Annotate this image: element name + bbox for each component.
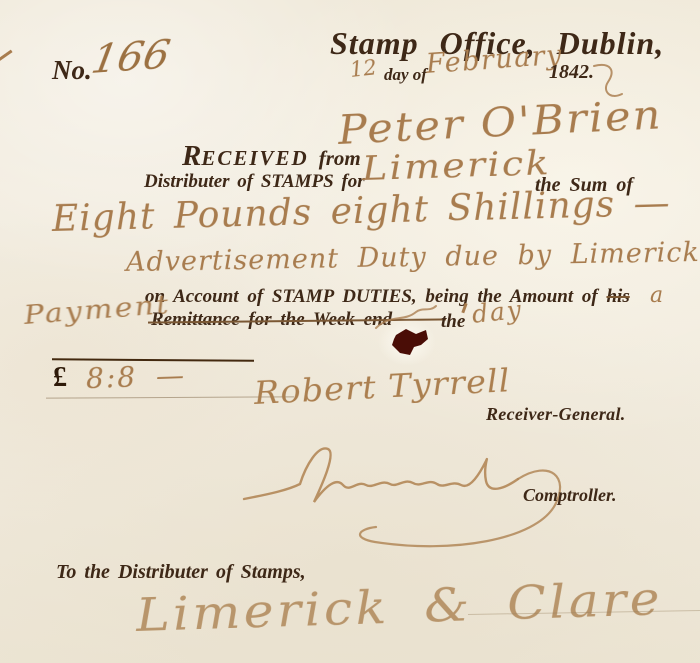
year-label: 1842. [549, 61, 594, 84]
receipt-document: Stamp Office, Dublin, 12 day of February… [0, 0, 700, 663]
distributer-label: Distributer of STAMPS for [144, 171, 365, 193]
district-handwritten: Limerick [361, 143, 551, 189]
received-rest: ECEIVED [201, 146, 308, 170]
comptroller-label: Comptroller. [523, 485, 617, 506]
no-label: No. [52, 55, 92, 86]
receiver-signature: Robert Tyrrell [253, 361, 511, 412]
ink-blot [388, 327, 430, 359]
day-note-handwritten: day [470, 295, 524, 329]
day-value-handwritten: 12 [349, 55, 378, 82]
received-initial: R [182, 140, 201, 172]
duty-note-handwritten: Advertisement Duty due by Limerick Repor… [126, 234, 700, 278]
day-of-label: day of [384, 65, 427, 85]
account-label: on Account of STAMP DUTIES, being the Am… [145, 286, 598, 307]
the-word: the [441, 311, 465, 333]
inserted-word-handwritten: a [650, 283, 663, 308]
struck-word-his: his [606, 286, 629, 307]
no-value-handwritten: 166 [88, 32, 174, 83]
edge-stroke [0, 50, 12, 61]
currency-symbol: £ [53, 362, 67, 394]
amount-figures-handwritten: 8:8 — [85, 359, 186, 395]
to-distributer-label: To the Distributer of Stamps, [56, 561, 306, 584]
receiver-general-label: Receiver-General. [486, 404, 626, 425]
received-line: RECEIVEDfrom [182, 140, 361, 173]
payment-handwritten: Payment [22, 290, 171, 331]
